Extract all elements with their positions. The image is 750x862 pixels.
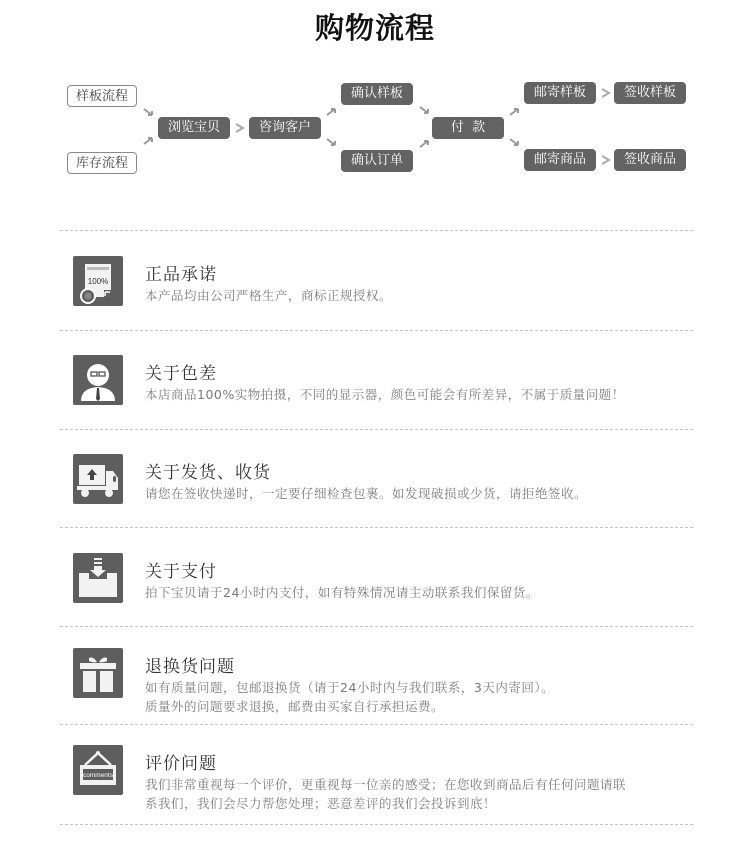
section-title: 关于发货、收货 (145, 458, 271, 483)
divider (60, 724, 693, 725)
section-title: 正品承诺 (145, 260, 217, 285)
arrow-up-right-icon (418, 136, 432, 150)
arrow-up-right-icon (142, 133, 156, 147)
flow-node-confirm-sample: 确认样板 (341, 83, 413, 105)
section-description: 本产品均由公司严格生产，商标正规授权。 (145, 286, 705, 305)
divider (60, 230, 693, 231)
gift-box-icon (73, 648, 123, 698)
section-title: 退换货问题 (145, 652, 235, 677)
person-glasses-icon (73, 355, 123, 405)
svg-text:comments: comments (83, 772, 114, 779)
flow-node-confirm-order: 确认订单 (341, 150, 413, 172)
divider (60, 429, 693, 430)
arrow-up-right-icon (325, 104, 339, 118)
svg-text:100%: 100% (88, 277, 108, 286)
arrow-down-right-icon (418, 104, 432, 118)
divider (60, 626, 693, 627)
arrow-down-right-icon (325, 136, 339, 150)
section-title: 关于支付 (145, 557, 217, 582)
section-description: 拍下宝贝请于24小时内支付，如有特殊情况请主动联系我们保留货。 (145, 583, 705, 602)
flow-node-mail-goods: 邮寄商品 (524, 149, 596, 171)
arrow-right-icon (233, 121, 247, 135)
section-title: 关于色差 (145, 359, 217, 384)
flow-node-sample-process: 样板流程 (67, 85, 137, 107)
divider (60, 824, 693, 825)
section-description: 如有质量问题，包邮退换货（请于24小时内与我们联系，3天内寄回）。 质量外的问题… (145, 678, 705, 716)
flow-node-payment: 付 款 (432, 117, 504, 139)
section-description: 我们非常重视每一个评价，更重视每一位亲的感受；在您收到商品后有任何问题请联 系我… (145, 775, 705, 813)
flow-node-mail-sample: 邮寄样板 (524, 82, 596, 104)
certificate-100-icon: 100% (73, 256, 123, 306)
comments-sign-icon: comments (73, 745, 123, 795)
flow-node-consult: 咨询客户 (249, 117, 321, 139)
arrow-right-icon (599, 86, 613, 100)
flow-node-stock-process: 库存流程 (67, 152, 137, 174)
section-description: 请您在签收快递时，一定要仔细检查包裹。如发现破损或少货，请拒绝签收。 (145, 484, 705, 503)
flow-node-browse: 浏览宝贝 (158, 117, 230, 139)
arrow-down-right-icon (142, 106, 156, 120)
section-description: 本店商品100%实物拍摄，不同的显示器，颜色可能会有所差异，不属于质量问题！ (145, 385, 745, 404)
delivery-truck-icon (73, 454, 123, 504)
arrow-down-right-icon (508, 136, 522, 150)
flow-node-receive-goods: 签收商品 (614, 149, 686, 171)
divider (60, 527, 693, 528)
page-title: 购物流程 (0, 6, 750, 47)
divider (60, 330, 693, 331)
arrow-right-icon (599, 153, 613, 167)
section-title: 评价问题 (145, 749, 217, 774)
arrow-up-right-icon (508, 104, 522, 118)
flow-node-receive-sample: 签收样板 (614, 82, 686, 104)
download-tray-icon (73, 553, 123, 603)
